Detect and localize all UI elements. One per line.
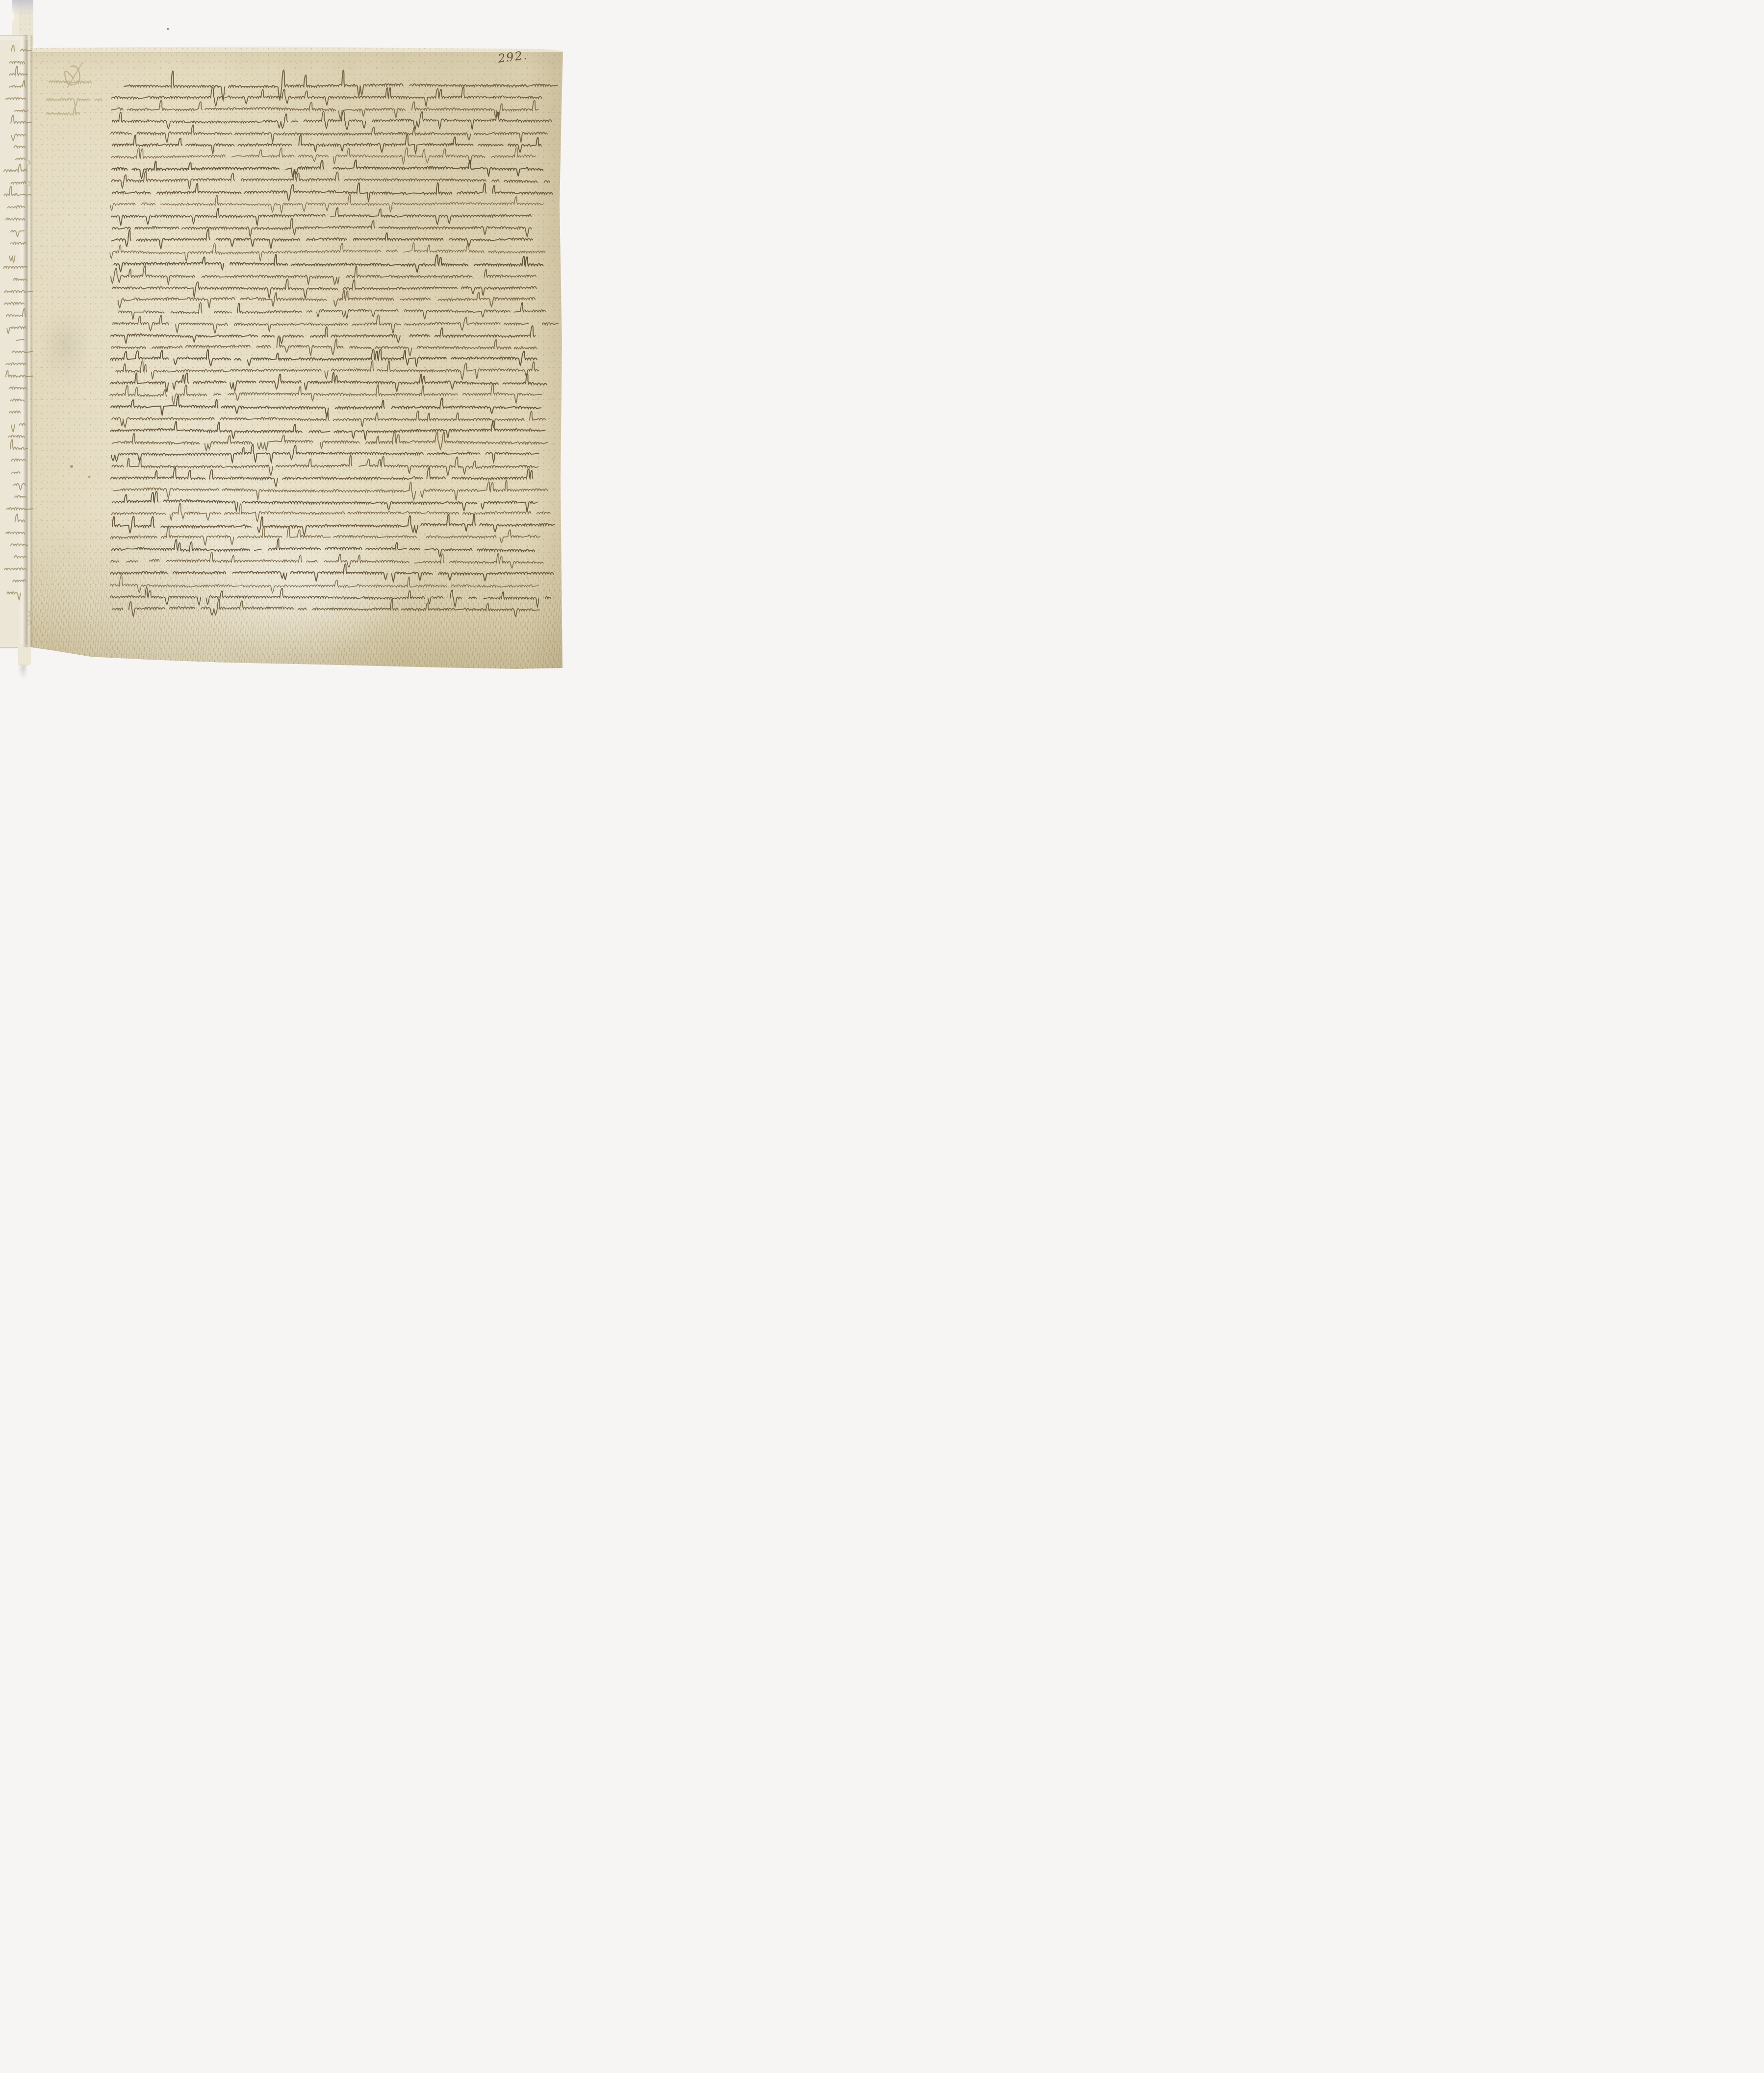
photo-background: 292. — [0, 0, 588, 691]
handwriting-ink-layer — [0, 0, 588, 691]
